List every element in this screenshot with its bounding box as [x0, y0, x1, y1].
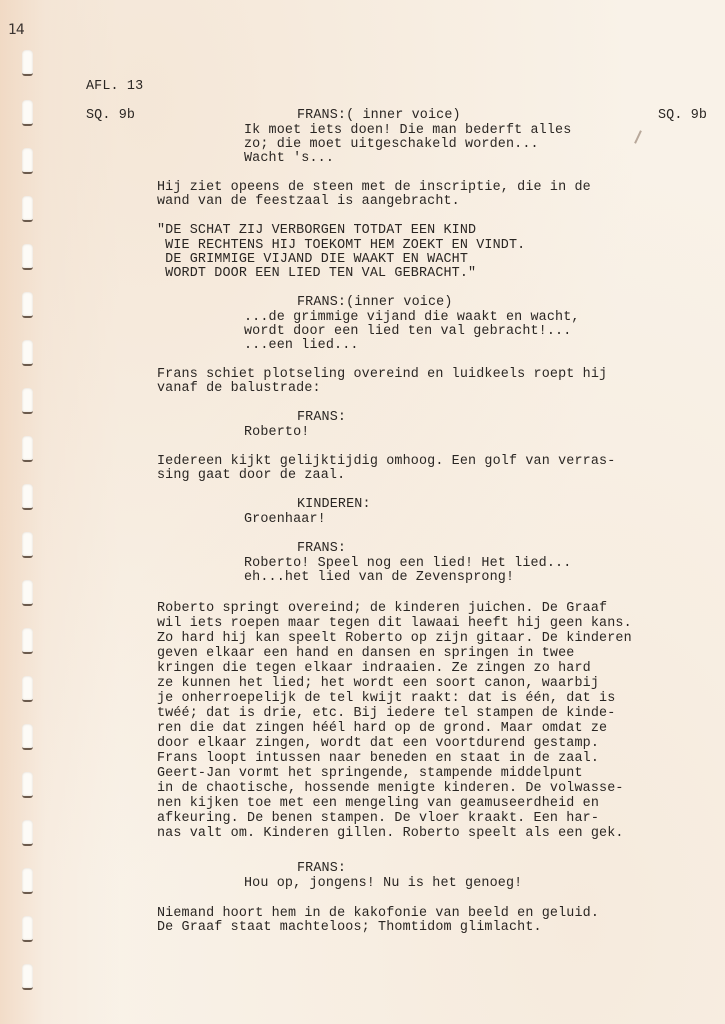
action-line: nas valt om. Kinderen gillen. Roberto sp… — [157, 827, 624, 841]
action-line: Zo hard hij kan speelt Roberto op zijn g… — [157, 632, 632, 646]
action-line: Geert-Jan vormt het springende, stampend… — [157, 767, 583, 781]
binder-hole — [22, 292, 33, 318]
action-line: afkeuring. De benen stampen. De vloer kr… — [157, 812, 599, 826]
action-line: Roberto springt overeind; de kinderen ju… — [157, 602, 607, 616]
action-line: wil iets roepen maar tegen dit lawaai he… — [157, 617, 632, 631]
dialogue-line: Roberto! Speel nog een lied! Het lied... — [244, 557, 571, 571]
binder-hole — [22, 148, 33, 174]
action-line: twéé; dat is drie, etc. Bij iedere tel s… — [157, 707, 615, 721]
dialogue-line: ...een lied... — [244, 339, 359, 353]
action-line: Hij ziet opeens de steen met de inscript… — [157, 181, 591, 195]
character-cue: FRANS:(inner voice) — [297, 296, 453, 310]
binder-hole — [22, 868, 33, 894]
action-line: je onherroepelijk de tel kwijt raakt: da… — [157, 692, 615, 706]
binder-hole — [22, 484, 33, 510]
action-line: Iedereen kijkt gelijktijdig omhoog. Een … — [157, 455, 615, 469]
binder-hole — [22, 724, 33, 750]
binder-hole — [22, 964, 33, 990]
action-line: nen kijken toe met een mengeling van gea… — [157, 797, 599, 811]
handwritten-page-number: 14 — [8, 22, 24, 38]
character-cue: FRANS: — [297, 862, 346, 876]
episode-label: AFL. 13 — [86, 80, 143, 94]
action-line: Niemand hoort hem in de kakofonie van be… — [157, 907, 599, 921]
binder-hole — [22, 772, 33, 798]
binder-hole — [22, 100, 33, 126]
binder-hole — [22, 436, 33, 462]
action-line: ren die dat zingen héél hard op de grond… — [157, 722, 607, 736]
action-line: kringen die tegen elkaar indraaien. Ze z… — [157, 662, 591, 676]
binder-hole — [22, 676, 33, 702]
character-cue: FRANS: — [297, 542, 346, 556]
binder-hole — [22, 50, 33, 76]
action-line: De Graaf staat machteloos; Thomtidom gli… — [157, 921, 542, 935]
dialogue-line: Roberto! — [244, 426, 310, 440]
typewritten-script-page: 14 AFL. 13 SQ. 9b SQ. 9b FRANS:( inner v… — [0, 0, 725, 1024]
action-line: Frans loopt intussen naar beneden en sta… — [157, 752, 599, 766]
action-line: in de chaotische, hossende menigte kinde… — [157, 782, 624, 796]
binder-hole — [22, 916, 33, 942]
dialogue-line: zo; die moet uitgeschakeld worden... — [244, 138, 539, 152]
action-line: geven elkaar een hand en dansen en sprin… — [157, 647, 574, 661]
binder-hole — [22, 628, 33, 654]
action-line: vanaf de balustrade: — [157, 382, 321, 396]
pencil-mark — [634, 130, 642, 144]
action-line: wand van de feestzaal is aangebracht. — [157, 195, 460, 209]
binder-hole — [22, 820, 33, 846]
dialogue-line: Groenhaar! — [244, 513, 326, 527]
sequence-label-left: SQ. 9b — [86, 109, 135, 123]
dialogue-line: Ik moet iets doen! Die man bederft alles — [244, 124, 571, 138]
sequence-label-right: SQ. 9b — [658, 109, 707, 123]
binder-hole — [22, 340, 33, 366]
inscription-line: "DE SCHAT ZIJ VERBORGEN TOTDAT EEN KIND — [157, 224, 476, 238]
dialogue-line: wordt door een lied ten val gebracht!... — [244, 325, 571, 339]
character-cue: FRANS:( inner voice) — [297, 109, 461, 123]
dialogue-line: ...de grimmige vijand die waakt en wacht… — [244, 311, 580, 325]
action-line: ze kunnen het lied; het wordt een soort … — [157, 677, 599, 691]
inscription-line: WIE RECHTENS HIJ TOEKOMT HEM ZOEKT EN VI… — [157, 239, 525, 253]
binder-holes — [10, 0, 40, 1024]
character-cue: KINDEREN: — [297, 498, 371, 512]
binder-hole — [22, 532, 33, 558]
binder-hole — [22, 388, 33, 414]
binder-hole — [22, 196, 33, 222]
dialogue-line: eh...het lied van de Zevensprong! — [244, 571, 514, 585]
binder-hole — [22, 580, 33, 606]
binder-hole — [22, 244, 33, 270]
dialogue-line: Wacht 's... — [244, 152, 334, 166]
inscription-line: DE GRIMMIGE VIJAND DIE WAAKT EN WACHT — [157, 253, 468, 267]
action-line: door elkaar zingen, wordt dat een voortd… — [157, 737, 599, 751]
inscription-line: WORDT DOOR EEN LIED TEN VAL GEBRACHT." — [157, 267, 476, 281]
action-line: sing gaat door de zaal. — [157, 469, 345, 483]
action-line: Frans schiet plotseling overeind en luid… — [157, 368, 607, 382]
dialogue-line: Hou op, jongens! Nu is het genoeg! — [244, 877, 522, 891]
character-cue: FRANS: — [297, 411, 346, 425]
